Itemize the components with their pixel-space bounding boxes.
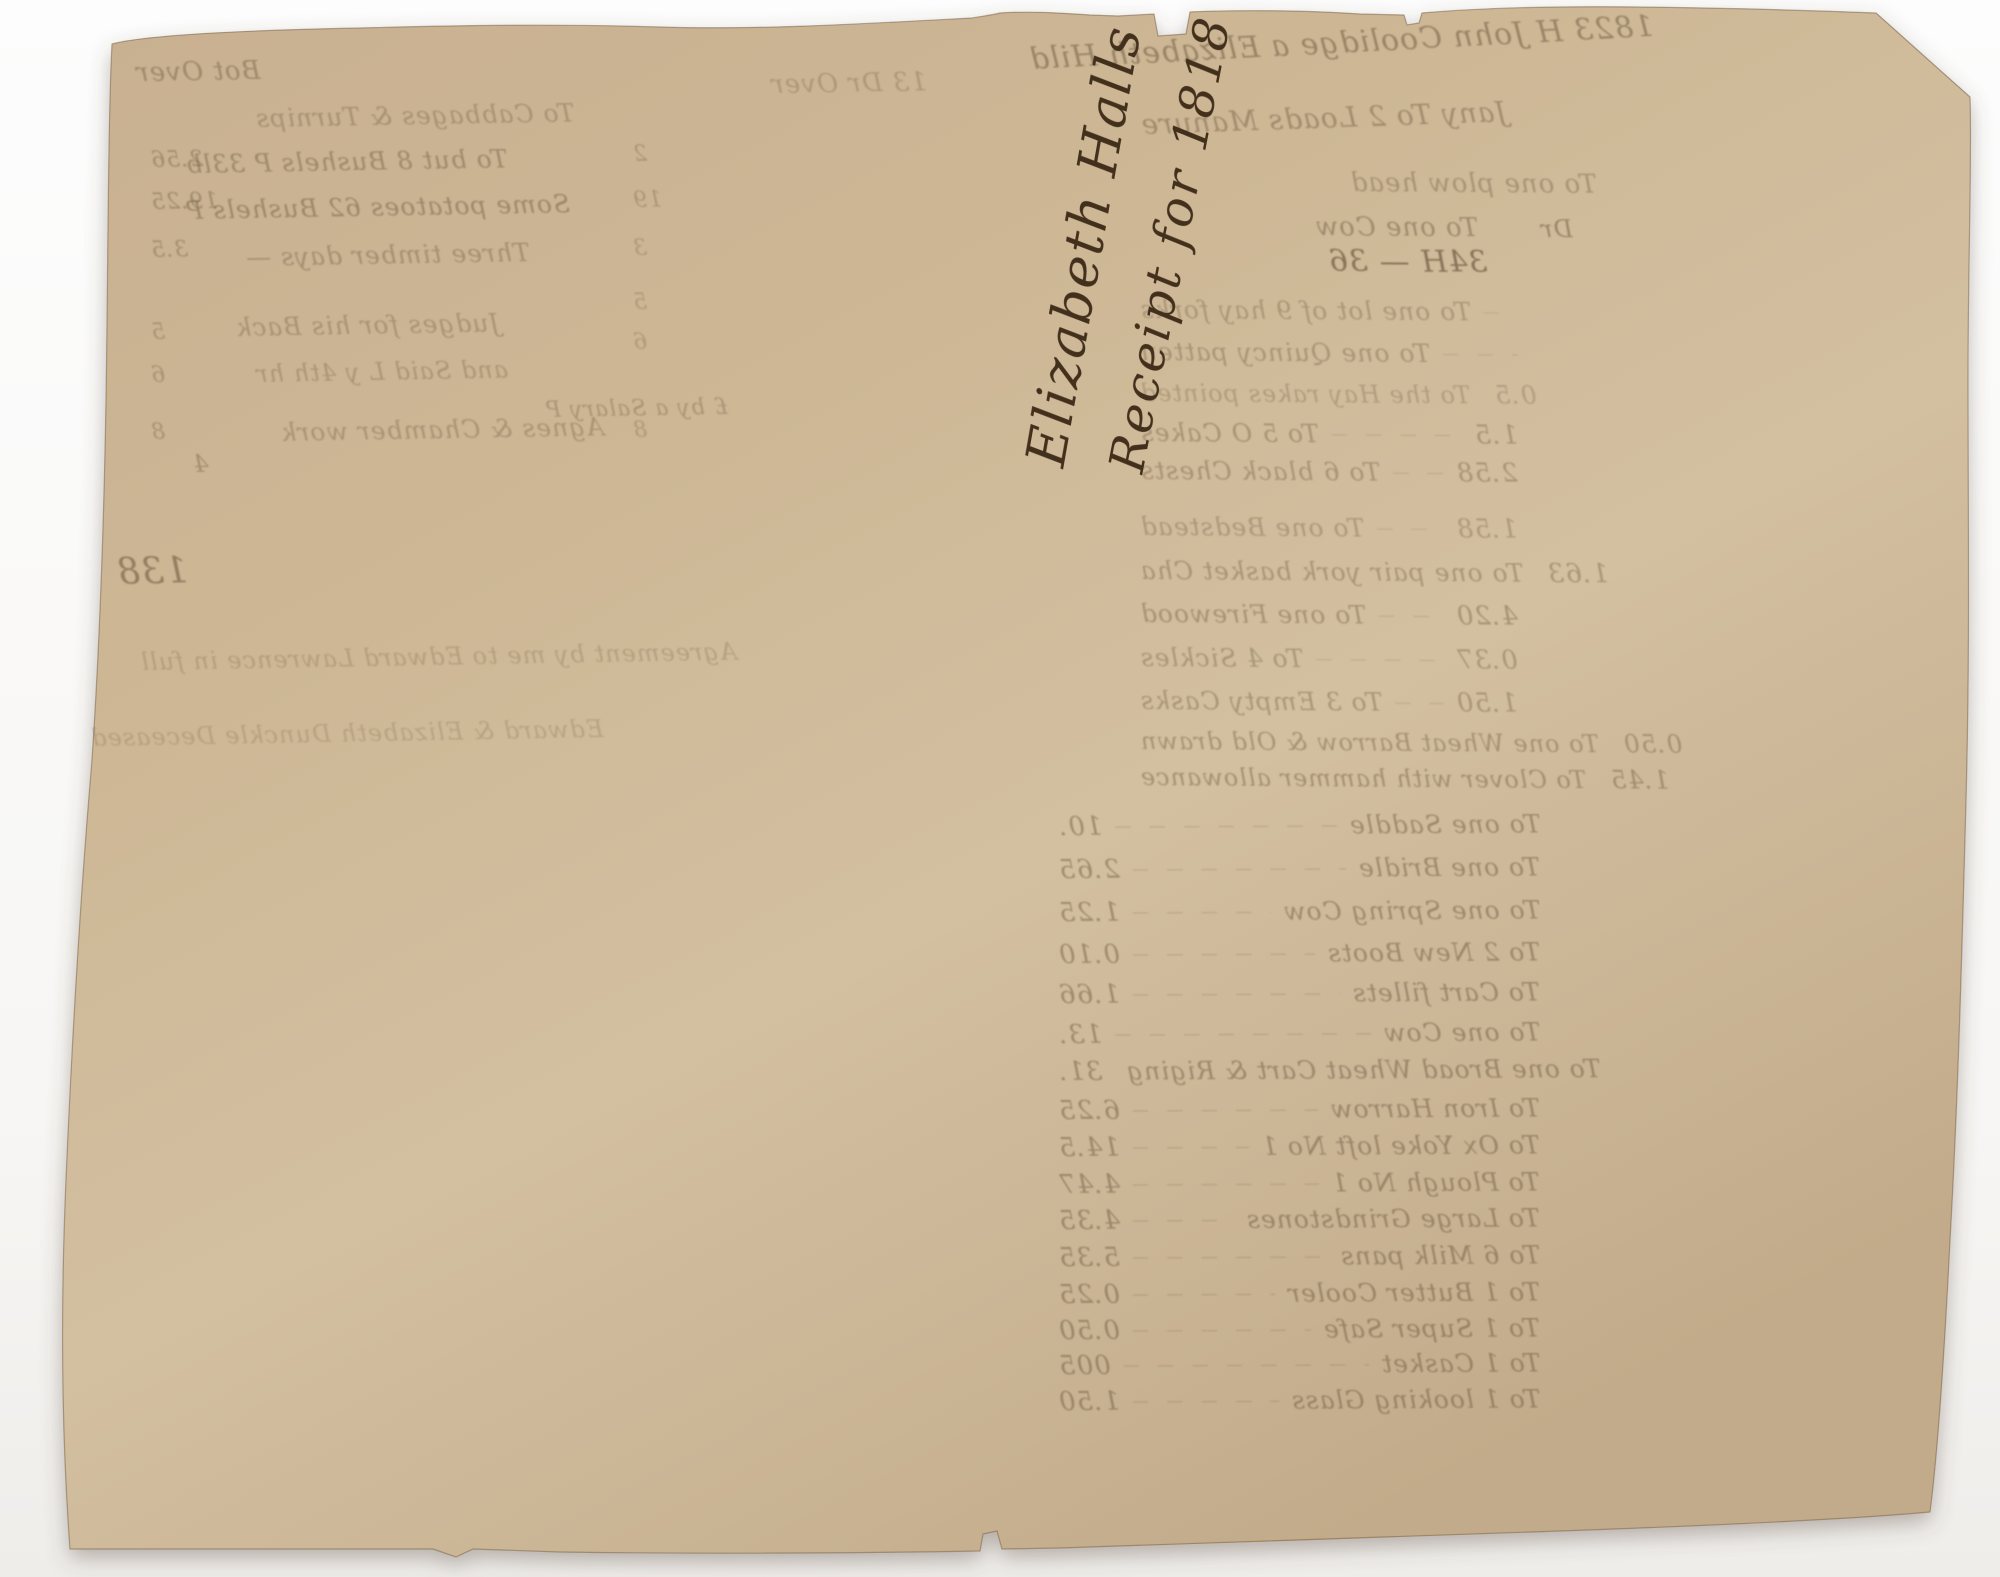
photo-of-document: 1823 H John Coolidge a Elizabeth HildJan… [0, 0, 2000, 1577]
paper-edge [63, 7, 1971, 1557]
paper-graphic [0, 0, 2000, 1577]
